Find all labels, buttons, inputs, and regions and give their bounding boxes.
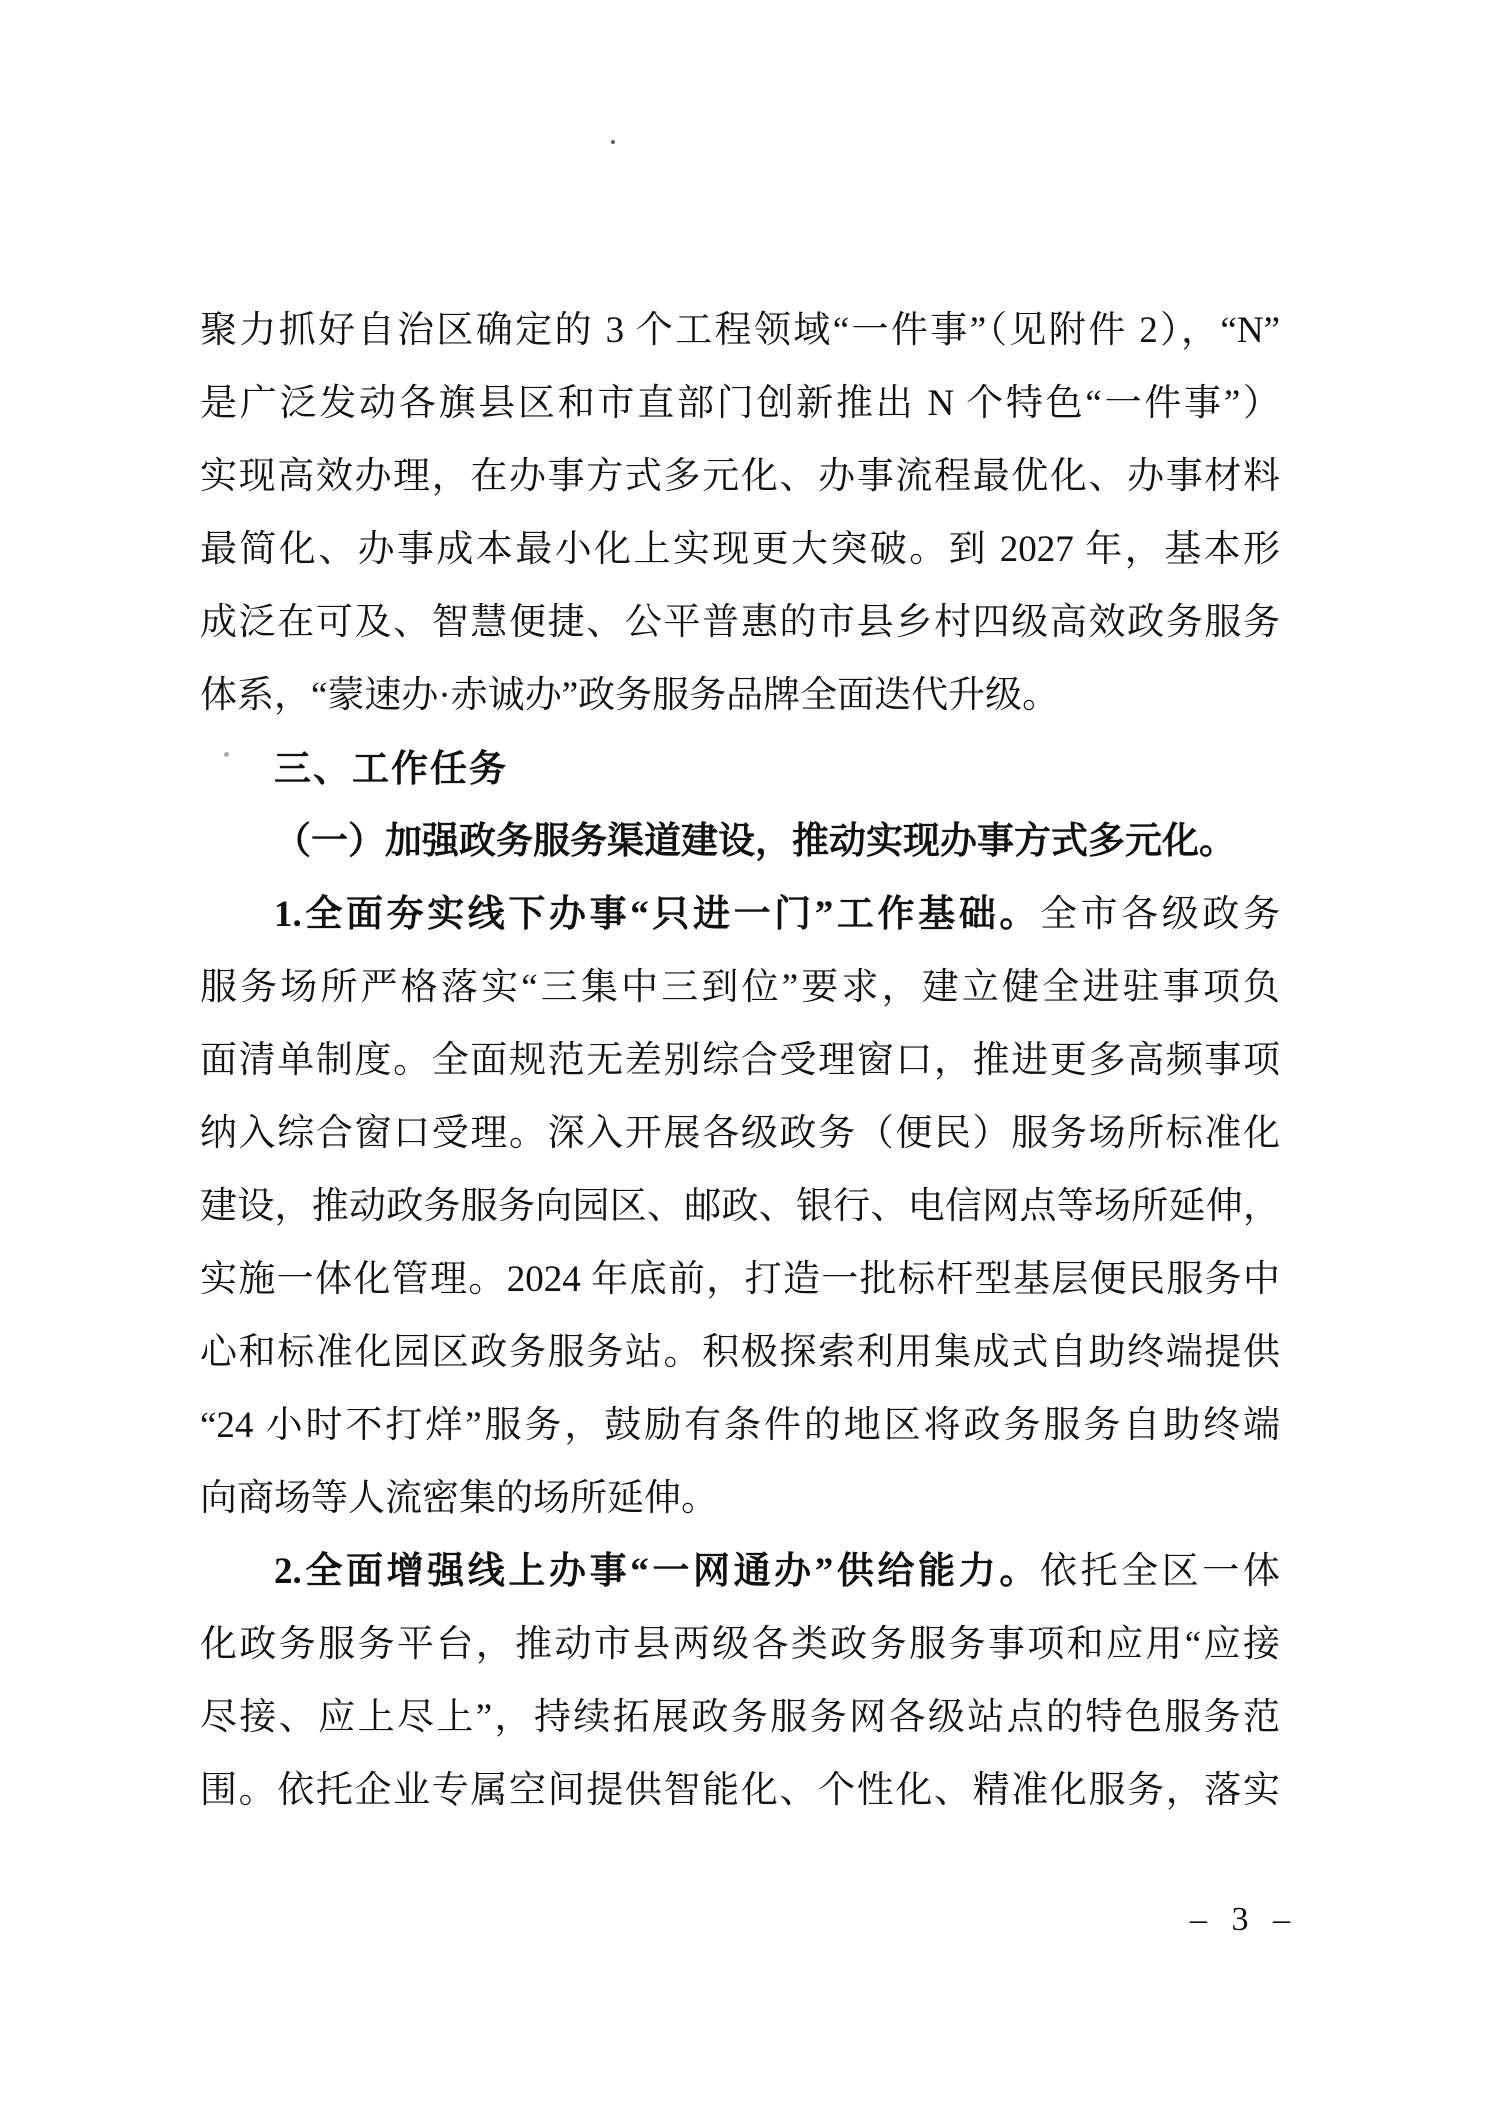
text-segment: 依托全区一体 bbox=[1040, 1551, 1280, 1592]
page-number: – 3 – bbox=[1190, 1898, 1298, 1942]
text-line: 建设，推动政务服务向园区、邮政、银行、电信网点等场所延伸， bbox=[200, 1170, 1280, 1243]
text-line: 面清单制度。全面规范无差别综合受理窗口，推进更多高频事项 bbox=[200, 1024, 1280, 1097]
text-line: 围。依托企业专属空间提供智能化、个性化、精准化服务，落实 bbox=[200, 1754, 1280, 1827]
document-page: 聚力抓好自治区确定的 3 个工程领域“一件事”（见附件 2），“N”是广泛发动各… bbox=[0, 0, 1490, 2107]
text-line: 最简化、办事成本最小化上实现更大突破。到 2027 年，基本形 bbox=[200, 513, 1280, 586]
scan-speck bbox=[611, 140, 615, 144]
text-segment: 成泛在可及、智慧便捷、公平普惠的市县乡村四级高效政务服务 bbox=[200, 602, 1280, 643]
text-segment: 心和标准化园区政务服务站。积极探索利用集成式自助终端提供 bbox=[200, 1332, 1280, 1373]
text-line: 成泛在可及、智慧便捷、公平普惠的市县乡村四级高效政务服务 bbox=[200, 586, 1280, 659]
text-segment: 化政务服务平台，推动市县两级各类政务服务事项和应用“应接 bbox=[200, 1624, 1280, 1665]
text-segment: 围。依托企业专属空间提供智能化、个性化、精准化服务，落实 bbox=[200, 1770, 1280, 1811]
text-line: 向商场等人流密集的场所延伸。 bbox=[200, 1462, 1280, 1535]
text-line: 实现高效办理，在办事方式多元化、办事流程最优化、办事材料 bbox=[200, 440, 1280, 513]
text-line: 聚力抓好自治区确定的 3 个工程领域“一件事”（见附件 2），“N” bbox=[200, 294, 1280, 367]
text-line: 化政务服务平台，推动市县两级各类政务服务事项和应用“应接 bbox=[200, 1608, 1280, 1681]
bold-text-segment: 2.全面增强线上办事“一网通办”供给能力。 bbox=[274, 1551, 1040, 1592]
text-line: 心和标准化园区政务服务站。积极探索利用集成式自助终端提供 bbox=[200, 1316, 1280, 1389]
text-segment: 实现高效办理，在办事方式多元化、办事流程最优化、办事材料 bbox=[200, 456, 1280, 497]
text-line: 实施一体化管理。2024 年底前，打造一批标杆型基层便民服务中 bbox=[200, 1243, 1280, 1316]
text-line: 纳入综合窗口受理。深入开展各级政务（便民）服务场所标准化 bbox=[200, 1097, 1280, 1170]
text-line: （一）加强政务服务渠道建设，推动实现办事方式多元化。 bbox=[200, 805, 1280, 878]
bold-text-segment: 三、工作任务 bbox=[274, 748, 508, 789]
text-segment: 聚力抓好自治区确定的 3 个工程领域“一件事”（见附件 2），“N” bbox=[200, 310, 1280, 351]
bold-text-segment: 1.全面夯实线下办事“只进一门”工作基础。 bbox=[274, 894, 1040, 935]
text-line: 服务场所严格落实“三集中三到位”要求，建立健全进驻事项负 bbox=[200, 951, 1280, 1024]
text-segment: 实施一体化管理。2024 年底前，打造一批标杆型基层便民服务中 bbox=[200, 1259, 1280, 1300]
text-segment: 最简化、办事成本最小化上实现更大突破。到 2027 年，基本形 bbox=[200, 529, 1280, 570]
text-segment: 尽接、应上尽上”，持续拓展政务服务网各级站点的特色服务范 bbox=[200, 1697, 1280, 1738]
text-segment: 向商场等人流密集的场所延伸。 bbox=[200, 1478, 718, 1519]
text-segment: 是广泛发动各旗县区和市直部门创新推出 N 个特色“一件事”） bbox=[200, 383, 1280, 424]
text-line: 是广泛发动各旗县区和市直部门创新推出 N 个特色“一件事”） bbox=[200, 367, 1280, 440]
text-segment: 建设，推动政务服务向园区、邮政、银行、电信网点等场所延伸， bbox=[200, 1186, 1280, 1227]
text-segment: 体系，“蒙速办·赤诚办”政务服务品牌全面迭代升级。 bbox=[200, 675, 1059, 716]
text-segment: 面清单制度。全面规范无差别综合受理窗口，推进更多高频事项 bbox=[200, 1040, 1280, 1081]
text-line: 尽接、应上尽上”，持续拓展政务服务网各级站点的特色服务范 bbox=[200, 1681, 1280, 1754]
text-segment: 全市各级政务 bbox=[1040, 894, 1280, 935]
text-line: 2.全面增强线上办事“一网通办”供给能力。依托全区一体 bbox=[200, 1535, 1280, 1608]
document-body: 聚力抓好自治区确定的 3 个工程领域“一件事”（见附件 2），“N”是广泛发动各… bbox=[200, 294, 1280, 1827]
text-segment: 纳入综合窗口受理。深入开展各级政务（便民）服务场所标准化 bbox=[200, 1113, 1280, 1154]
text-line: 体系，“蒙速办·赤诚办”政务服务品牌全面迭代升级。 bbox=[200, 659, 1280, 732]
text-segment: 服务场所严格落实“三集中三到位”要求，建立健全进驻事项负 bbox=[200, 967, 1280, 1008]
text-line: “24 小时不打烊”服务，鼓励有条件的地区将政务服务自助终端 bbox=[200, 1389, 1280, 1462]
section-heading: 三、工作任务 bbox=[200, 732, 1280, 805]
text-segment: “24 小时不打烊”服务，鼓励有条件的地区将政务服务自助终端 bbox=[200, 1405, 1280, 1446]
text-line: 1.全面夯实线下办事“只进一门”工作基础。全市各级政务 bbox=[200, 878, 1280, 951]
bold-text-segment: （一）加强政务服务渠道建设，推动实现办事方式多元化。 bbox=[274, 821, 1236, 862]
